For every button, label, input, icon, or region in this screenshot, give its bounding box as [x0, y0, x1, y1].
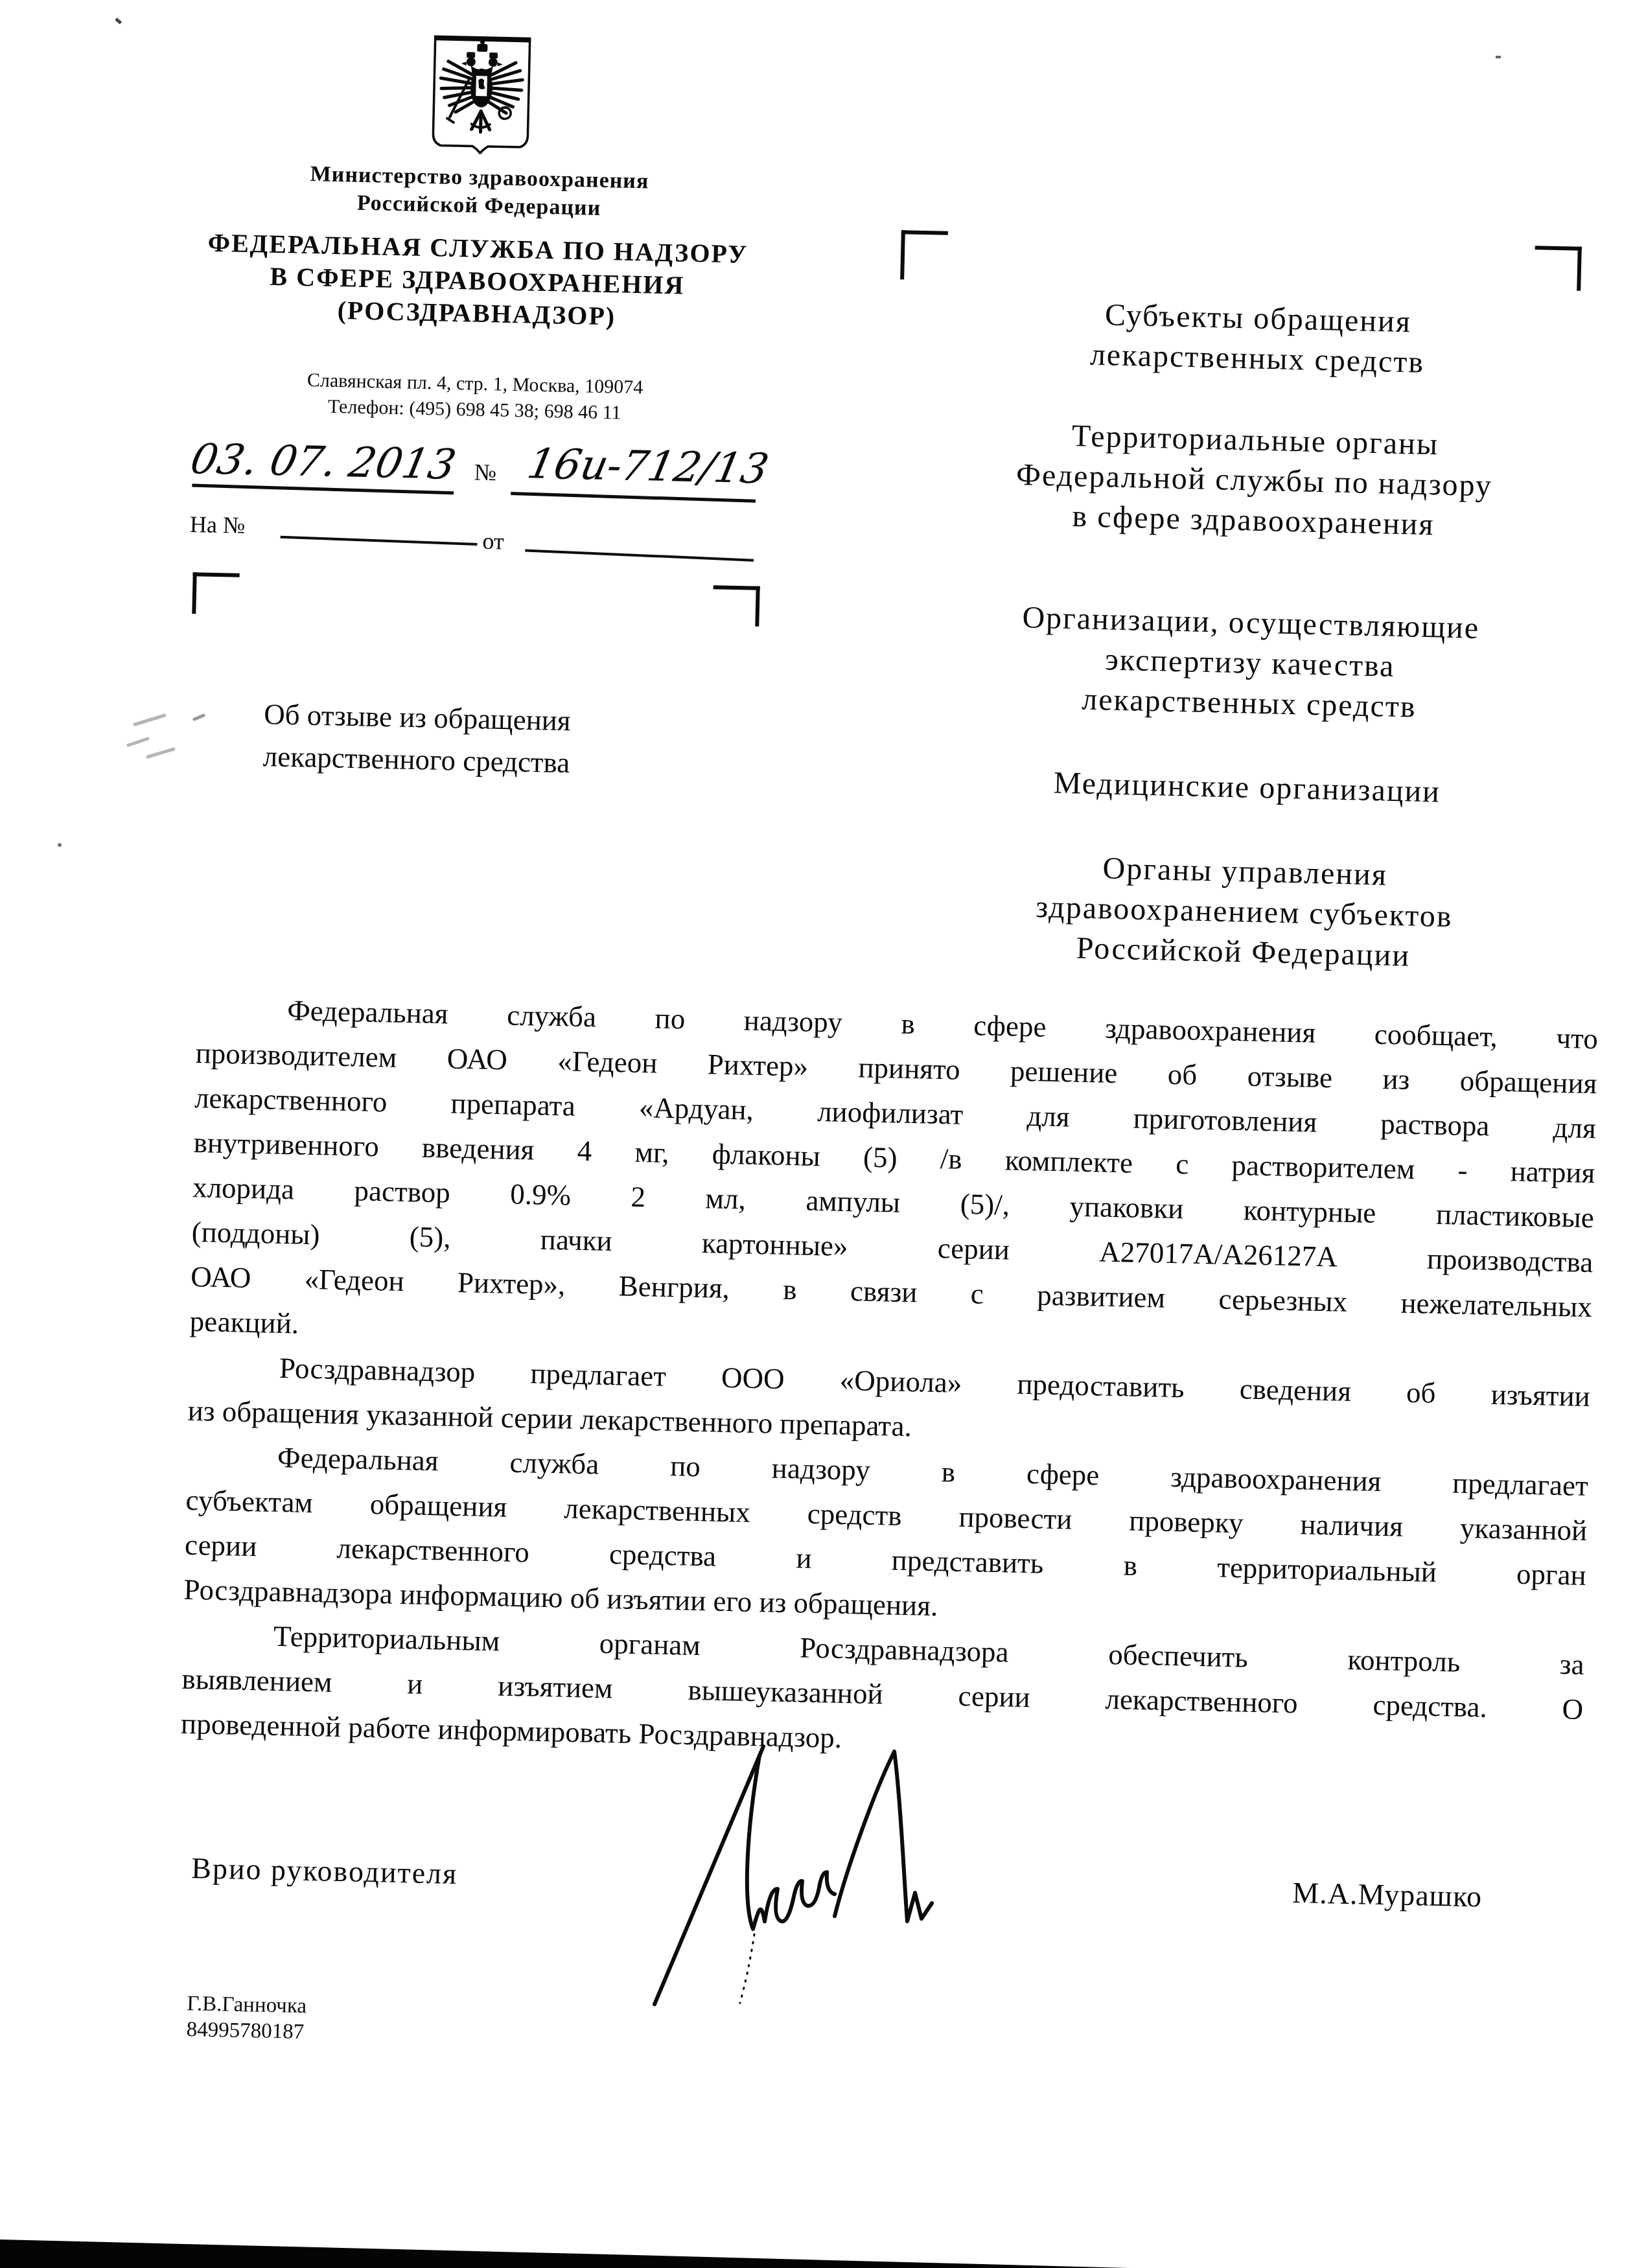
executor-phone: 84995780187 [186, 2017, 306, 2045]
in-reply-to-label: На № [190, 511, 246, 539]
in-reply-to-blank-line [281, 536, 478, 546]
stamp-zone-corner-right [712, 585, 759, 627]
reference-block: 03. 07. 2013 № 16и-712/13 На № от [189, 435, 788, 591]
recipient-group: Медицинские организации [895, 759, 1599, 816]
letterhead-contacts: Славянская пл. 4, стр. 1, Москва, 109074… [183, 365, 767, 430]
letterhead: Министерство здравоохранения Российской … [183, 26, 774, 429]
recipient-line: Медицинские организации [895, 759, 1599, 816]
subject-line-2: лекарственного средства [262, 735, 652, 786]
recipient-group: Территориальные органы Федеральной служб… [901, 412, 1607, 550]
subject-block: Об отзыве из обращения лекарственного ср… [262, 693, 653, 786]
coat-of-arms-icon [431, 34, 532, 158]
service-name: ФЕДЕРАЛЬНАЯ СЛУЖБА ПО НАДЗОРУ В СФЕРЕ ЗД… [185, 226, 770, 336]
signature-icon [616, 1714, 1017, 2025]
number-underline [511, 492, 756, 503]
handwritten-date: 03. 07. 2013 [187, 435, 460, 489]
recipient-group: Органы управления здравоохранением субъе… [891, 844, 1597, 981]
handwritten-outgoing-number: 16и-712/13 [524, 440, 772, 493]
from-date-label: от [482, 527, 504, 555]
address-zone-corner-top-right [1534, 246, 1582, 291]
recipients-column: Субъекты обращения лекарственных средств… [891, 285, 1610, 980]
signer-position-title: Врио руководителя [191, 1851, 458, 1891]
executor-block: Г.В.Ганночка 84995780187 [186, 1991, 307, 2045]
from-date-blank-line [525, 550, 754, 562]
recipient-group: Субъекты обращения лекарственных средств [905, 285, 1610, 388]
executor-name: Г.В.Ганночка [187, 1991, 307, 2019]
address-zone-corner-top-left [900, 230, 948, 281]
letter-body: Федеральная служба по надзору в сфере зд… [180, 986, 1598, 1777]
scanned-letter-page: { "letterhead": { "emblem_icon": "russia… [0, 0, 1646, 2268]
stamp-zone-corner-left [192, 572, 239, 615]
recipient-group: Организации, осуществляющие экспертизу к… [897, 595, 1603, 732]
signer-name: М.А.Мурашко [1292, 1875, 1483, 1914]
number-sign-label: № [474, 459, 496, 487]
